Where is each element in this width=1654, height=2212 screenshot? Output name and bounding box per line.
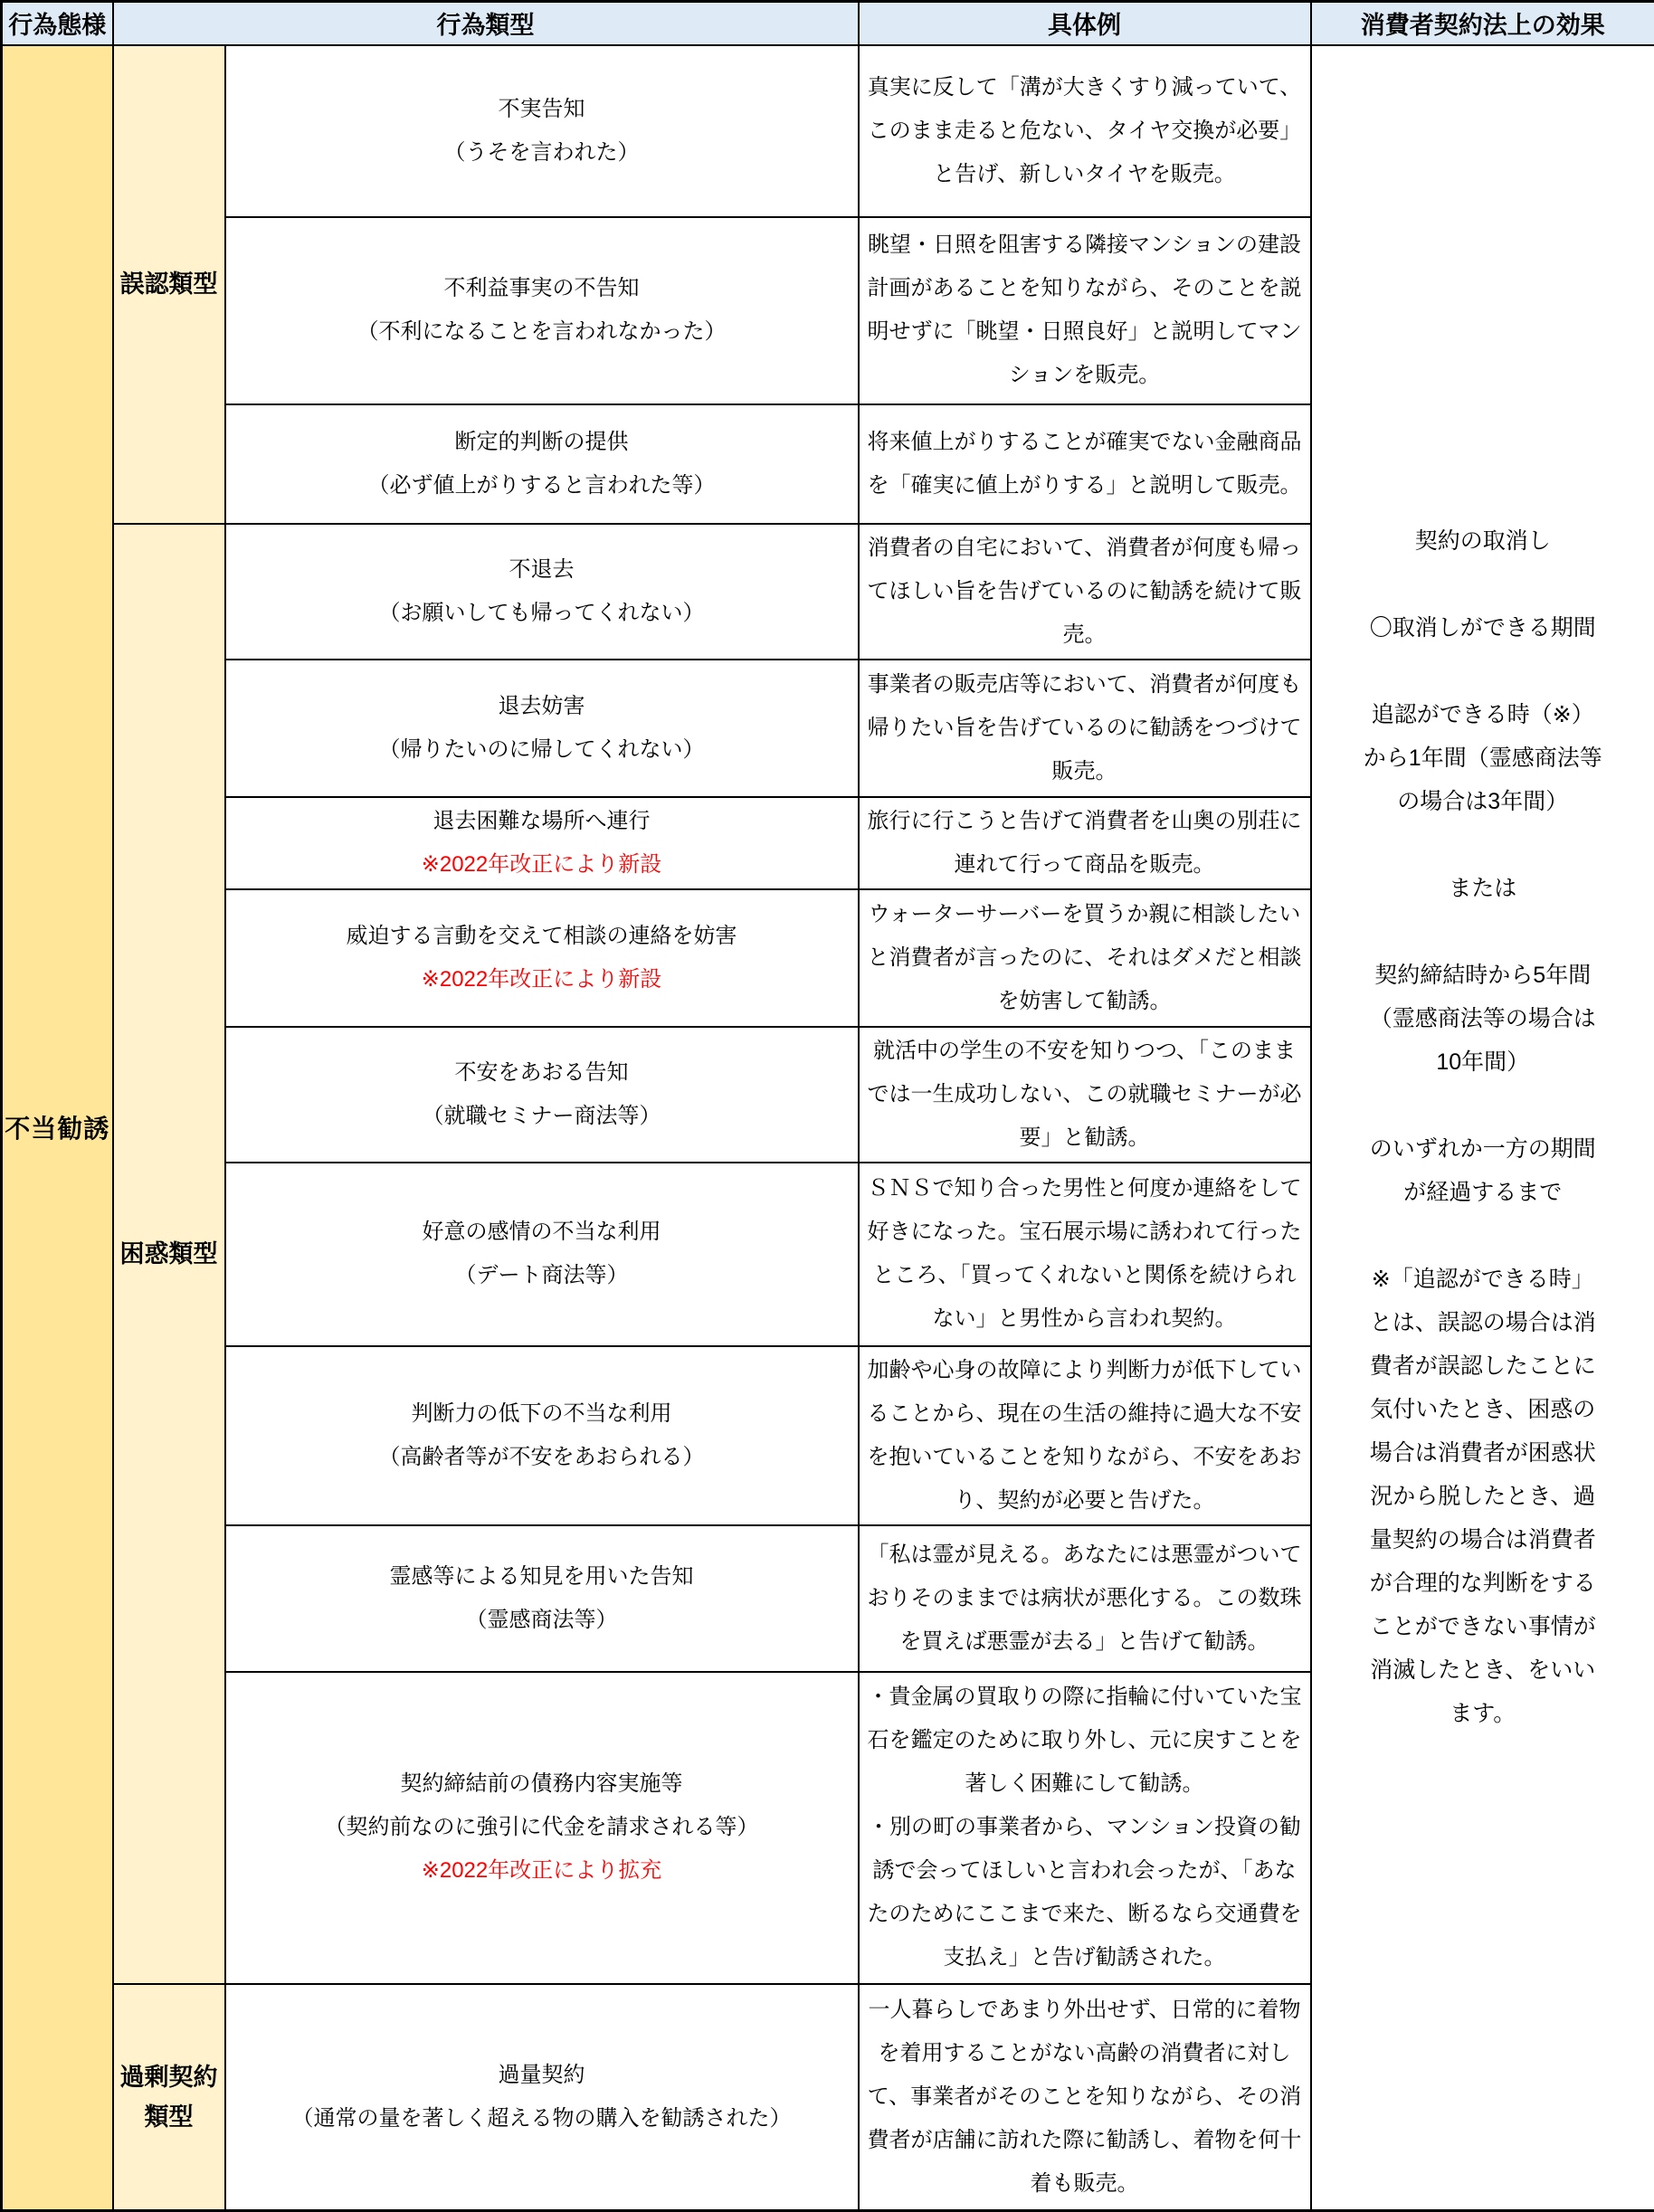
type-paren: （帰りたいのに帰してくれない）: [237, 728, 847, 772]
type-name: 霊感等による知見を用いた告知: [237, 1555, 847, 1599]
example-cell: ・貴金属の買取りの際に指輪に付いていた宝石を鑑定のために取り外し、元に戻すことを…: [859, 1672, 1311, 1984]
effect-or: または: [1363, 867, 1604, 910]
effects-cell: 契約の取消し 〇取消しができる期間 追認ができる時（※）から1年間（霊感商法等の…: [1311, 45, 1654, 2211]
type-cell: 不退去 （お願いしても帰ってくれない）: [225, 524, 859, 660]
example-cell: ＳＮＳで知り合った男性と何度か連絡をして好きになった。宝石展示場に誘われて行った…: [859, 1163, 1311, 1346]
example-cell: 「私は霊が見える。あなたには悪霊がついておりそのままでは病状が悪化する。この数珠…: [859, 1525, 1311, 1672]
header-example: 具体例: [859, 2, 1311, 45]
type-paren: （デート商法等）: [237, 1254, 847, 1297]
example-cell: 消費者の自宅において、消費者が何度も帰ってほしい旨を告げているのに勧誘を続けて販…: [859, 524, 1311, 660]
type-name: 威迫する言動を交えて相談の連絡を妨害: [237, 915, 847, 958]
effect-period-1year: 追認ができる時（※）から1年間（霊感商法等の場合は3年間）: [1363, 693, 1604, 823]
example-cell: ウォーターサーバーを買うか親に相談したいと消費者が言ったのに、それはダメだと相談…: [859, 889, 1311, 1027]
type-cell: 判断力の低下の不当な利用 （高齢者等が不安をあおられる）: [225, 1346, 859, 1525]
example-cell: 旅行に行こうと告げて消費者を山奥の別荘に連れて行って商品を販売。: [859, 797, 1311, 889]
amendment-note: ※2022年改正により新設: [237, 958, 847, 1002]
type-cell: 不安をあおる告知 （就職セミナー商法等）: [225, 1027, 859, 1163]
type-paren: （契約前なのに強引に代金を請求される等）: [237, 1806, 847, 1849]
amendment-note: ※2022年改正により新設: [237, 843, 847, 887]
type-name: 不利益事実の不告知: [237, 267, 847, 310]
header-act-mode: 行為態様: [2, 2, 113, 45]
type-paren: （高齢者等が不安をあおられる）: [237, 1436, 847, 1479]
effect-period-title: 〇取消しができる期間: [1363, 606, 1604, 650]
type-name: 断定的判断の提供: [237, 421, 847, 464]
example-cell: 事業者の販売店等において、消費者が何度も帰りたい旨を告げているのに勧誘をつづけて…: [859, 660, 1311, 797]
type-cell: 威迫する言動を交えて相談の連絡を妨害 ※2022年改正により新設: [225, 889, 859, 1027]
type-name: 好意の感情の不当な利用: [237, 1210, 847, 1254]
type-name: 不退去: [237, 548, 847, 592]
type-paren: （不利になることを言われなかった）: [237, 310, 847, 354]
example-cell: 就活中の学生の不安を知りつつ、「このままでは一生成功しない、この就職セミナーが必…: [859, 1027, 1311, 1163]
type-name: 退去困難な場所へ連行: [237, 800, 847, 843]
type-cell: 契約締結前の債務内容実施等 （契約前なのに強引に代金を請求される等） ※2022…: [225, 1672, 859, 1984]
type-paren: （就職セミナー商法等）: [237, 1095, 847, 1138]
header-row: 行為態様 行為類型 具体例 消費者契約法上の効果: [2, 2, 1654, 45]
header-effect: 消費者契約法上の効果: [1311, 2, 1654, 45]
act-mode-cell: 不当勧誘: [2, 45, 113, 2211]
type-name: 契約締結前の債務内容実施等: [237, 1762, 847, 1806]
type-paren: （お願いしても帰ってくれない）: [237, 592, 847, 635]
example-cell: 一人暮らしであまり外出せず、日常的に着物を着用することがない高齢の消費者に対して…: [859, 1984, 1311, 2211]
type-cell: 好意の感情の不当な利用 （デート商法等）: [225, 1163, 859, 1346]
type-name: 退去妨害: [237, 685, 847, 728]
amendment-note: ※2022年改正により拡充: [237, 1849, 847, 1893]
type-name: 不安をあおる告知: [237, 1051, 847, 1095]
type-paren: （うそを言われた）: [237, 131, 847, 175]
type-cell: 退去妨害 （帰りたいのに帰してくれない）: [225, 660, 859, 797]
category-excess-cell: 過剰契約類型: [113, 1984, 225, 2211]
effect-footnote: ※「追認ができる時」とは、誤認の場合は消費者が誤認したことに気付いたとき、困惑の…: [1363, 1258, 1604, 1735]
example-cell: 眺望・日照を阻害する隣接マンションの建設計画があることを知りながら、そのことを説…: [859, 217, 1311, 404]
example-cell: 真実に反して「溝が大きくすり減っていて、このまま走ると危ない、タイヤ交換が必要」…: [859, 45, 1311, 217]
type-cell: 不利益事実の不告知 （不利になることを言われなかった）: [225, 217, 859, 404]
type-cell: 不実告知 （うそを言われた）: [225, 45, 859, 217]
type-paren: （通常の量を著しく超える物の購入を勧誘された）: [237, 2097, 847, 2141]
type-cell: 霊感等による知見を用いた告知 （霊感商法等）: [225, 1525, 859, 1672]
table-row: 不当勧誘 誤認類型 不実告知 （うそを言われた） 真実に反して「溝が大きくすり減…: [2, 45, 1654, 217]
type-name: 不実告知: [237, 88, 847, 131]
example-cell: 将来値上がりすることが確実でない金融商品を「確実に値上がりする」と説明して販売。: [859, 404, 1311, 524]
type-name: 判断力の低下の不当な利用: [237, 1392, 847, 1436]
type-name: 過量契約: [237, 2054, 847, 2097]
type-cell: 退去困難な場所へ連行 ※2022年改正により新設: [225, 797, 859, 889]
type-paren: （霊感商法等）: [237, 1599, 847, 1642]
effect-period-until: のいずれか一方の期間が経過するまで: [1363, 1127, 1604, 1214]
category-confusion-cell: 困惑類型: [113, 524, 225, 1984]
type-paren: （必ず値上がりすると言われた等）: [237, 464, 847, 508]
consumer-contract-act-table: 行為態様 行為類型 具体例 消費者契約法上の効果 不当勧誘 誤認類型 不実告知 …: [0, 0, 1654, 2212]
category-misrecognition-cell: 誤認類型: [113, 45, 225, 524]
example-cell: 加齢や心身の故障により判断力が低下していることから、現在の生活の維持に過大な不安…: [859, 1346, 1311, 1525]
effect-cancellation: 契約の取消し: [1363, 519, 1604, 563]
type-cell: 断定的判断の提供 （必ず値上がりすると言われた等）: [225, 404, 859, 524]
header-act-type: 行為類型: [113, 2, 859, 45]
effect-period-5years: 契約締結時から5年間（霊感商法等の場合は10年間）: [1363, 954, 1604, 1084]
type-cell: 過量契約 （通常の量を著しく超える物の購入を勧誘された）: [225, 1984, 859, 2211]
